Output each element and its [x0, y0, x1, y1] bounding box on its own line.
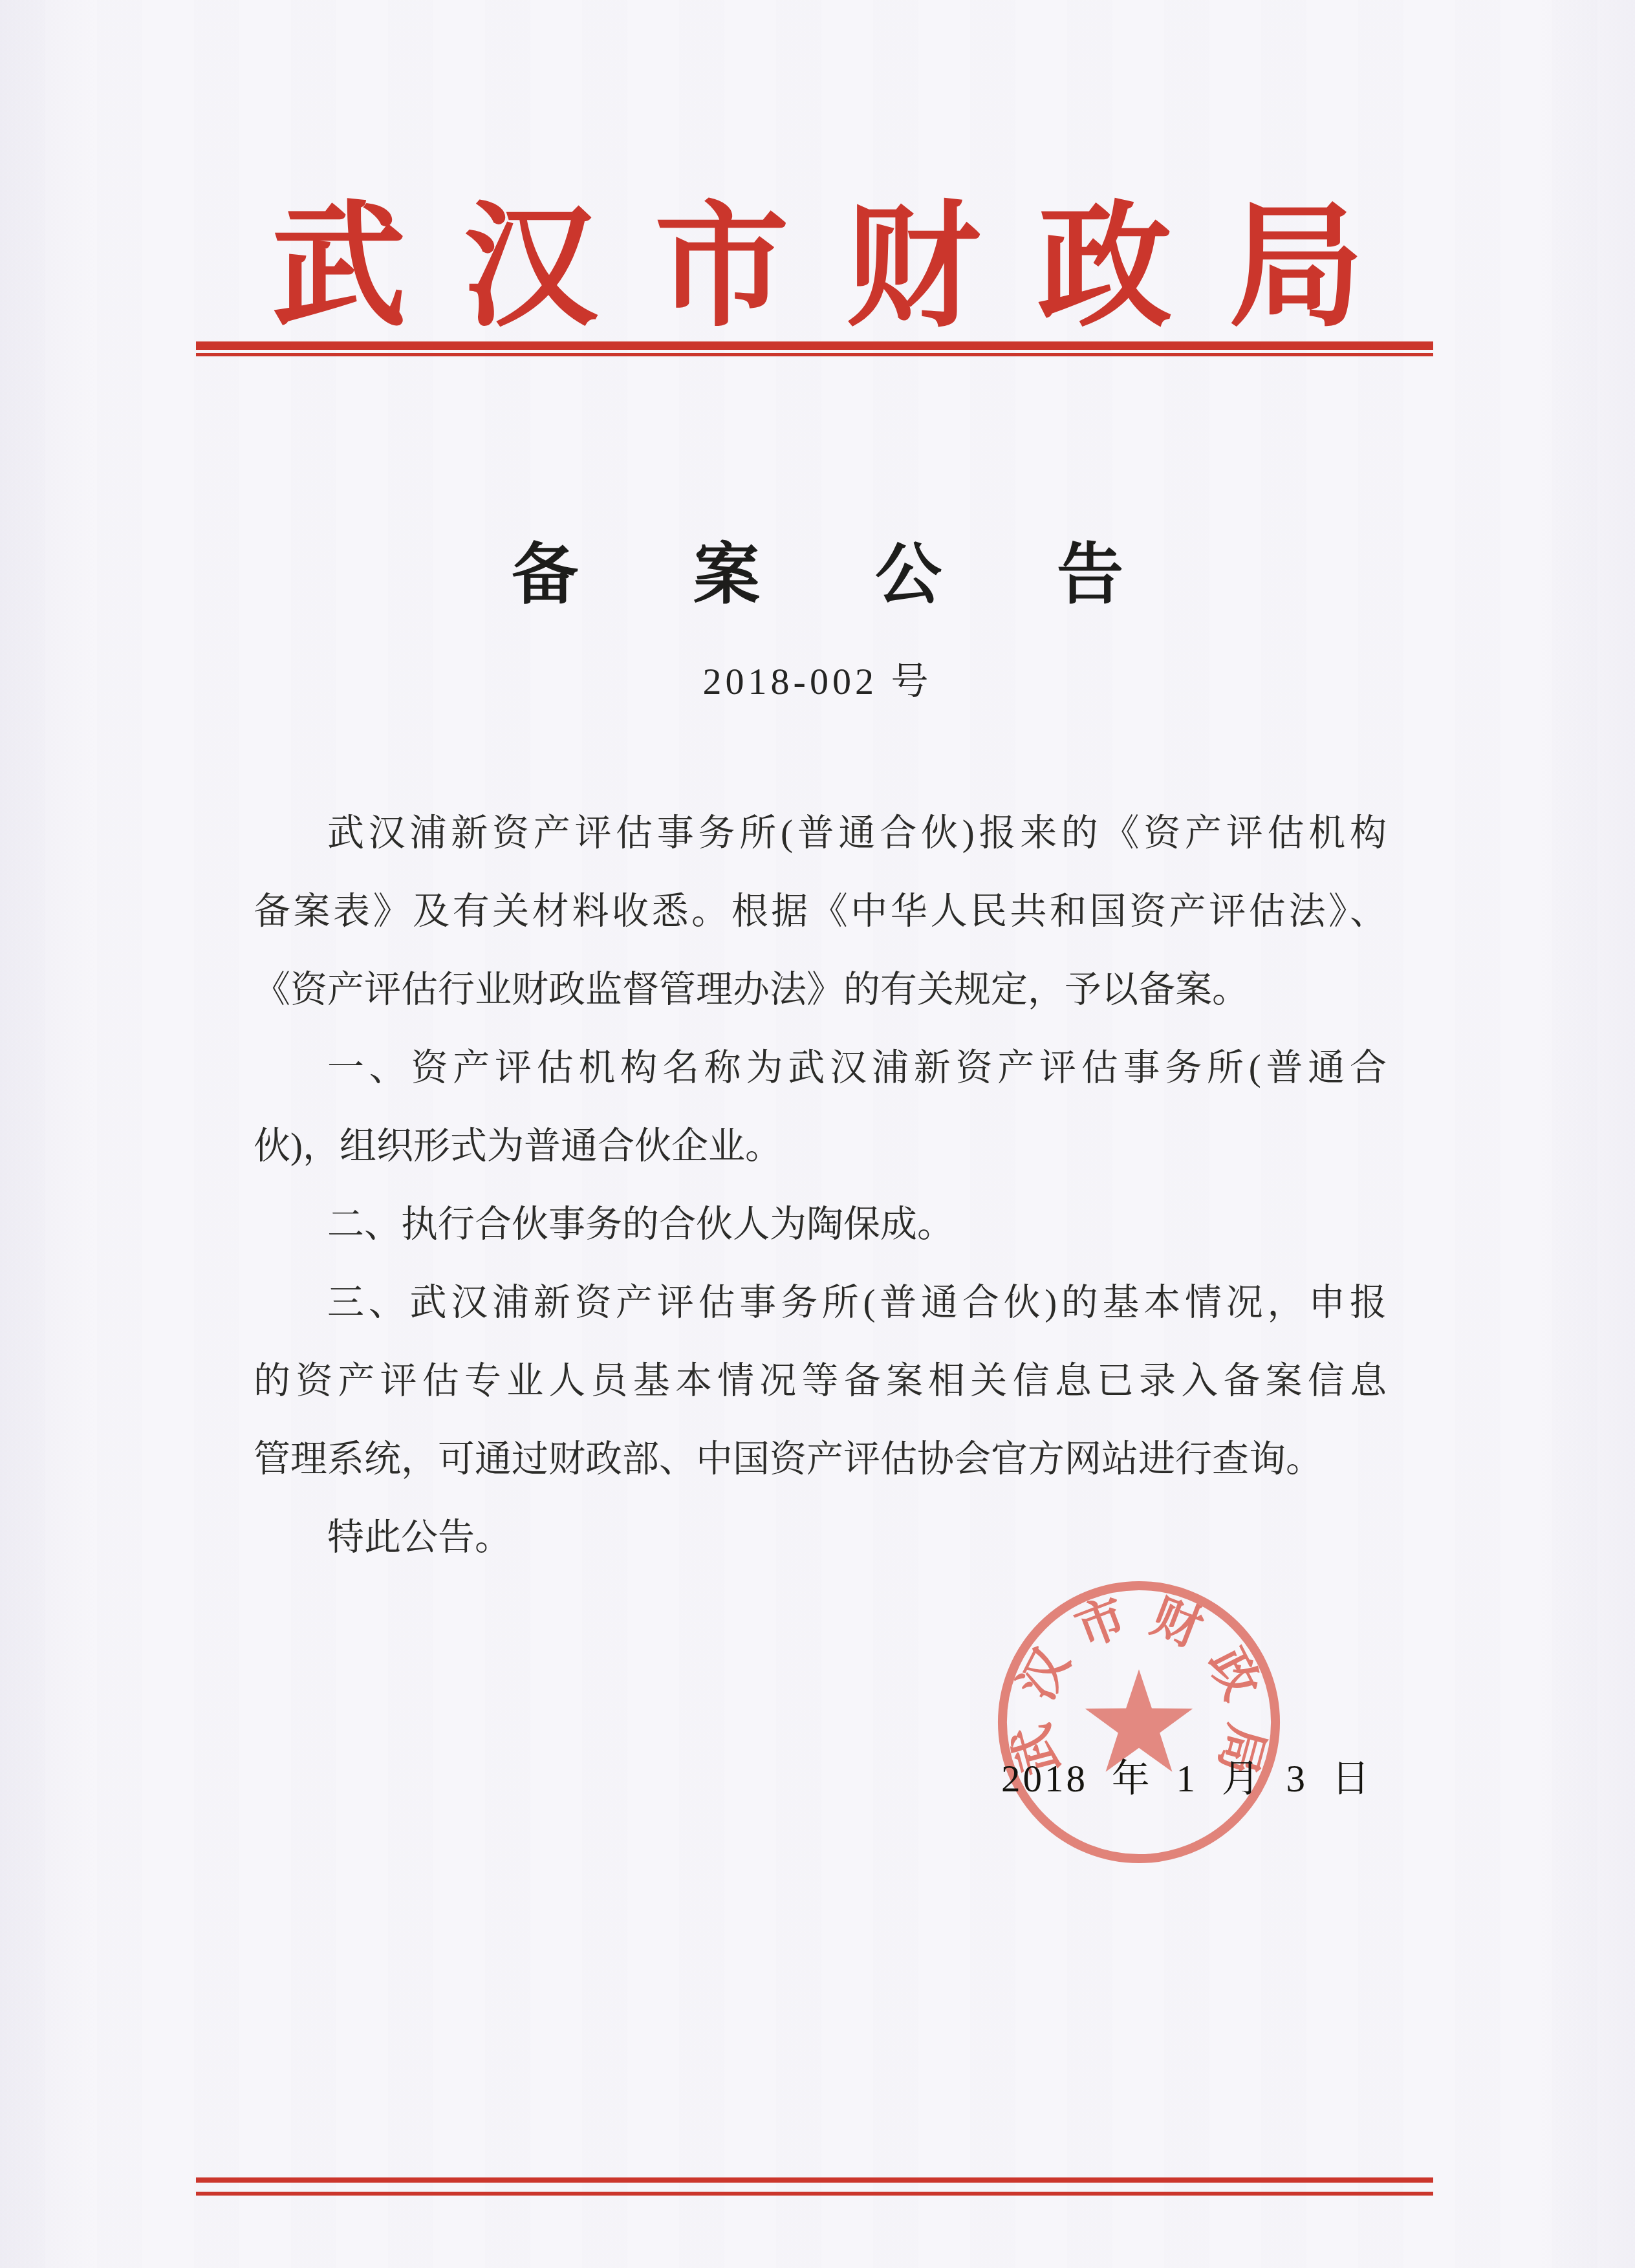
agency-header: 武汉市财政局: [0, 198, 1635, 338]
body-line-3: 《资产评估行业财政监督管理办法》的有关规定，予以备案。: [254, 951, 1387, 1029]
body-line-5: 伙)，组织形式为普通合伙企业。: [254, 1107, 1387, 1185]
header-rule-thick: [196, 341, 1433, 350]
header-rule-thin: [196, 353, 1433, 356]
document-title-text: 备案公告: [396, 539, 1239, 612]
body-line-10: 特此公告。: [254, 1498, 1387, 1577]
body-line-1: 武汉浦新资产评估事务所(普通合伙)报来的《资产评估机构: [254, 794, 1387, 872]
issue-date: 2018 年 1 月 3 日: [1001, 1747, 1372, 1802]
body-line-4: 一、资产评估机构名称为武汉浦新资产评估事务所(普通合: [254, 1029, 1387, 1107]
body-line-8: 的资产评估专业人员基本情况等备案相关信息已录入备案信息: [254, 1342, 1387, 1420]
body-line-9: 管理系统，可通过财政部、中国资产评估协会官方网站进行查询。: [254, 1420, 1387, 1498]
footer-rule-lower: [196, 2192, 1433, 2196]
body-line-6: 二、执行合伙事务的合伙人为陶保成。: [254, 1185, 1387, 1264]
document-title: 备案公告: [0, 541, 1635, 610]
document-number: 2018-002 号: [0, 651, 1635, 705]
agency-name: 武汉市财政局: [215, 193, 1420, 342]
footer-rule-upper: [196, 2177, 1433, 2183]
scanned-official-document: 武汉市财政局 备案公告 2018-002 号 武汉浦新资产评估事务所(普通合伙)…: [0, 0, 1635, 2268]
document-body: 武汉浦新资产评估事务所(普通合伙)报来的《资产评估机构 备案表》及有关材料收悉。…: [254, 794, 1387, 1577]
body-line-2: 备案表》及有关材料收悉。根据《中华人民共和国资产评估法》、: [254, 872, 1387, 951]
body-line-7: 三、武汉浦新资产评估事务所(普通合伙)的基本情况，申报: [254, 1264, 1387, 1342]
official-seal-stamp: 武汉市财政局: [991, 1574, 1287, 1870]
